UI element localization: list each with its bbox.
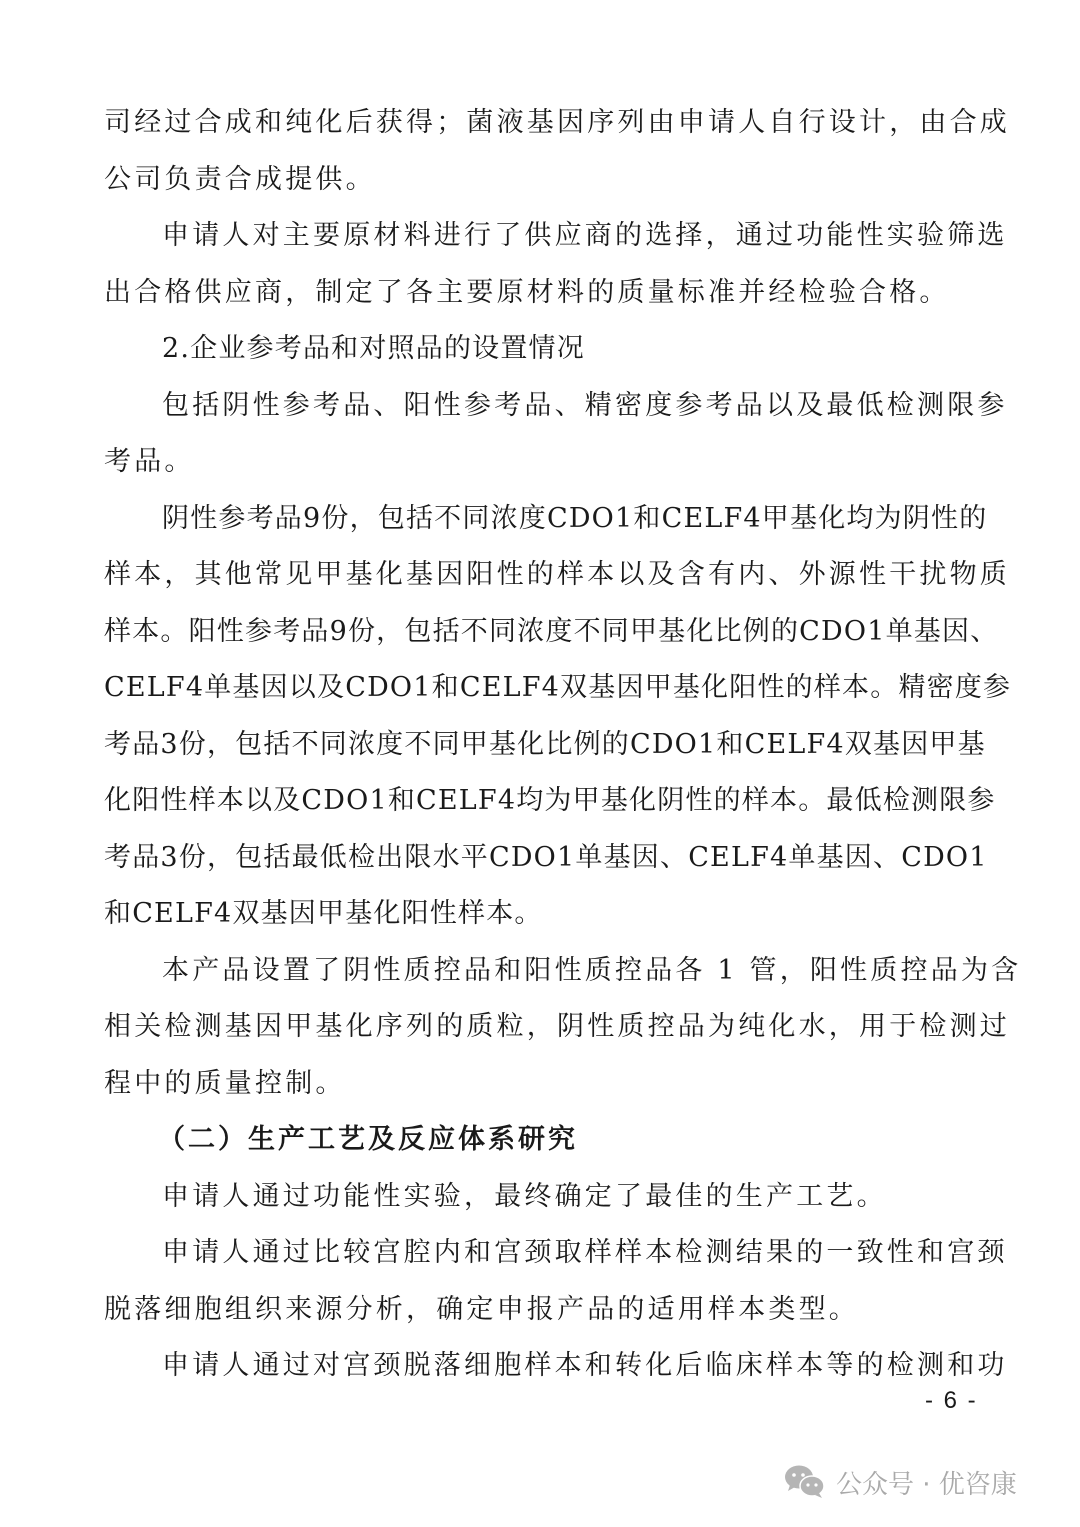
- text-line: 阴性参考品9份，包括不同浓度CDO1和CELF4甲基化均为阴性的: [162, 499, 976, 539]
- text-line: 样本，其他常见甲基化基因阳性的样本以及含有内、外源性干扰物质: [104, 555, 976, 595]
- text-line: 脱落细胞组织来源分析，确定申报产品的适用样本类型。: [104, 1290, 976, 1330]
- wechat-icon: [784, 1464, 826, 1500]
- text-line: 公司负责合成提供。: [104, 160, 976, 200]
- page-number: - 6 -: [925, 1386, 978, 1416]
- text-line: 申请人通过比较宫腔内和宫颈取样样本检测结果的一致性和宫颈: [162, 1233, 976, 1273]
- watermark: 公众号 · 优咨康: [784, 1462, 1017, 1502]
- text-line: 考品。: [104, 442, 976, 482]
- document-page: 司经过合成和纯化后获得；菌液基因序列由申请人自行设计，由合成 公司负责合成提供。…: [0, 0, 1080, 1527]
- text-line: 申请人对主要原材料进行了供应商的选择，通过功能性实验筛选: [162, 216, 976, 256]
- text-line: 样本。阳性参考品9份，包括不同浓度不同甲基化比例的CDO1单基因、: [104, 612, 976, 652]
- text-line: CELF4单基因以及CDO1和CELF4双基因甲基化阳性的样本。精密度参: [104, 668, 976, 708]
- text-line: 考品3份，包括不同浓度不同甲基化比例的CDO1和CELF4双基因甲基: [104, 725, 976, 765]
- text-line: 化阳性样本以及CDO1和CELF4均为甲基化阴性的样本。最低检测限参: [104, 781, 976, 821]
- subheading: 2.企业参考品和对照品的设置情况: [162, 329, 976, 369]
- watermark-text: 公众号 · 优咨康: [836, 1464, 1017, 1501]
- text-line: 司经过合成和纯化后获得；菌液基因序列由申请人自行设计，由合成: [104, 103, 976, 143]
- text-line: 出合格供应商，制定了各主要原材料的质量标准并经检验合格。: [104, 273, 976, 313]
- text-line: 包括阴性参考品、阳性参考品、精密度参考品以及最低检测限参: [162, 386, 976, 426]
- section-heading: （二）生产工艺及反应体系研究: [158, 1120, 1030, 1160]
- text-line: 考品3份，包括最低检出限水平CDO1单基因、CELF4单基因、CDO1: [104, 838, 976, 878]
- text-line: 申请人通过对宫颈脱落细胞样本和转化后临床样本等的检测和功: [162, 1346, 976, 1386]
- text-line: 程中的质量控制。: [104, 1064, 976, 1104]
- text-line: 相关检测基因甲基化序列的质粒，阴性质控品为纯化水，用于检测过: [104, 1007, 976, 1047]
- text-line: 和CELF4双基因甲基化阳性样本。: [104, 894, 976, 934]
- text-line: 本产品设置了阴性质控品和阳性质控品各 1 管，阳性质控品为含: [162, 951, 976, 991]
- text-line: 申请人通过功能性实验，最终确定了最佳的生产工艺。: [162, 1177, 976, 1217]
